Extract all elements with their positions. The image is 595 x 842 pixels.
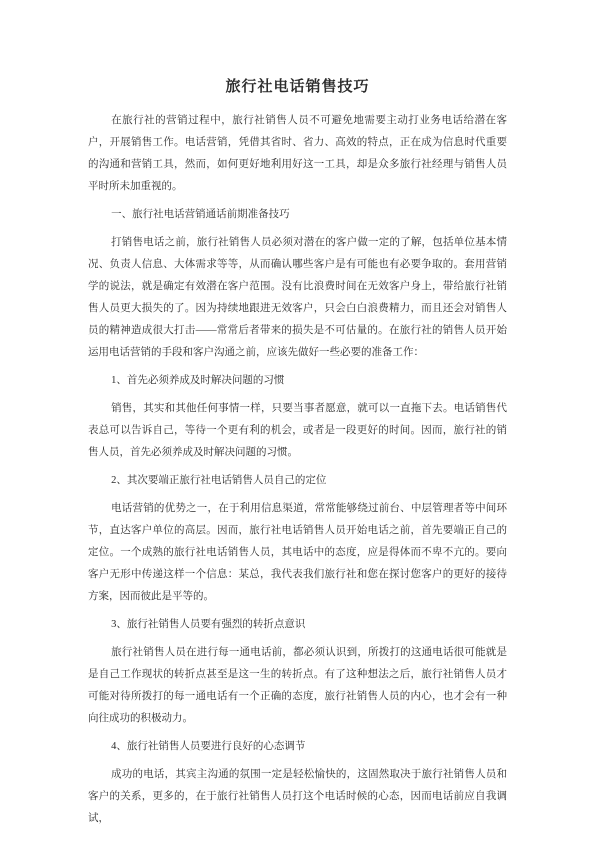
- paragraph: 电话营销的优势之一，在于利用信息渠道，常常能够绕过前台、中层管理者等中间环节，直…: [88, 498, 507, 608]
- paragraph: 打销售电话之前，旅行社销售人员必须对潜在的客户做一定的了解，包括单位基本情况、负…: [88, 232, 507, 364]
- section-heading: 2、其次要端正旅行社电话销售人员自己的定位: [88, 470, 507, 492]
- section-heading: 一、旅行社电话营销通话前期准备技巧: [88, 204, 507, 226]
- section-heading: 4、旅行社销售人员要进行良好的心态调节: [88, 736, 507, 758]
- paragraph: 成功的电话，其宾主沟通的氛围一定是轻松愉快的，这固然取决于旅行社销售人员和客户的…: [88, 764, 507, 830]
- paragraph: 在旅行社的营销过程中，旅行社销售人员不可避免地需要主动打业务电话给潜在客户，开展…: [88, 110, 507, 198]
- section-heading: 3、旅行社销售人员要有强烈的转折点意识: [88, 614, 507, 636]
- paragraph: 销售，其实和其他任何事情一样，只要当事者愿意，就可以一直拖下去。电话销售代表总可…: [88, 398, 507, 464]
- section-heading: 1、首先必须养成及时解决问题的习惯: [88, 370, 507, 392]
- paragraph: 旅行社销售人员在进行每一通电话前，都必须认识到，所拨打的这通电话很可能就是是自己…: [88, 642, 507, 730]
- document-page: 旅行社电话销售技巧 在旅行社的营销过程中，旅行社销售人员不可避免地需要主动打业务…: [0, 0, 595, 842]
- document-title: 旅行社电话销售技巧: [88, 76, 507, 98]
- document-body: 在旅行社的营销过程中，旅行社销售人员不可避免地需要主动打业务电话给潜在客户，开展…: [88, 110, 507, 830]
